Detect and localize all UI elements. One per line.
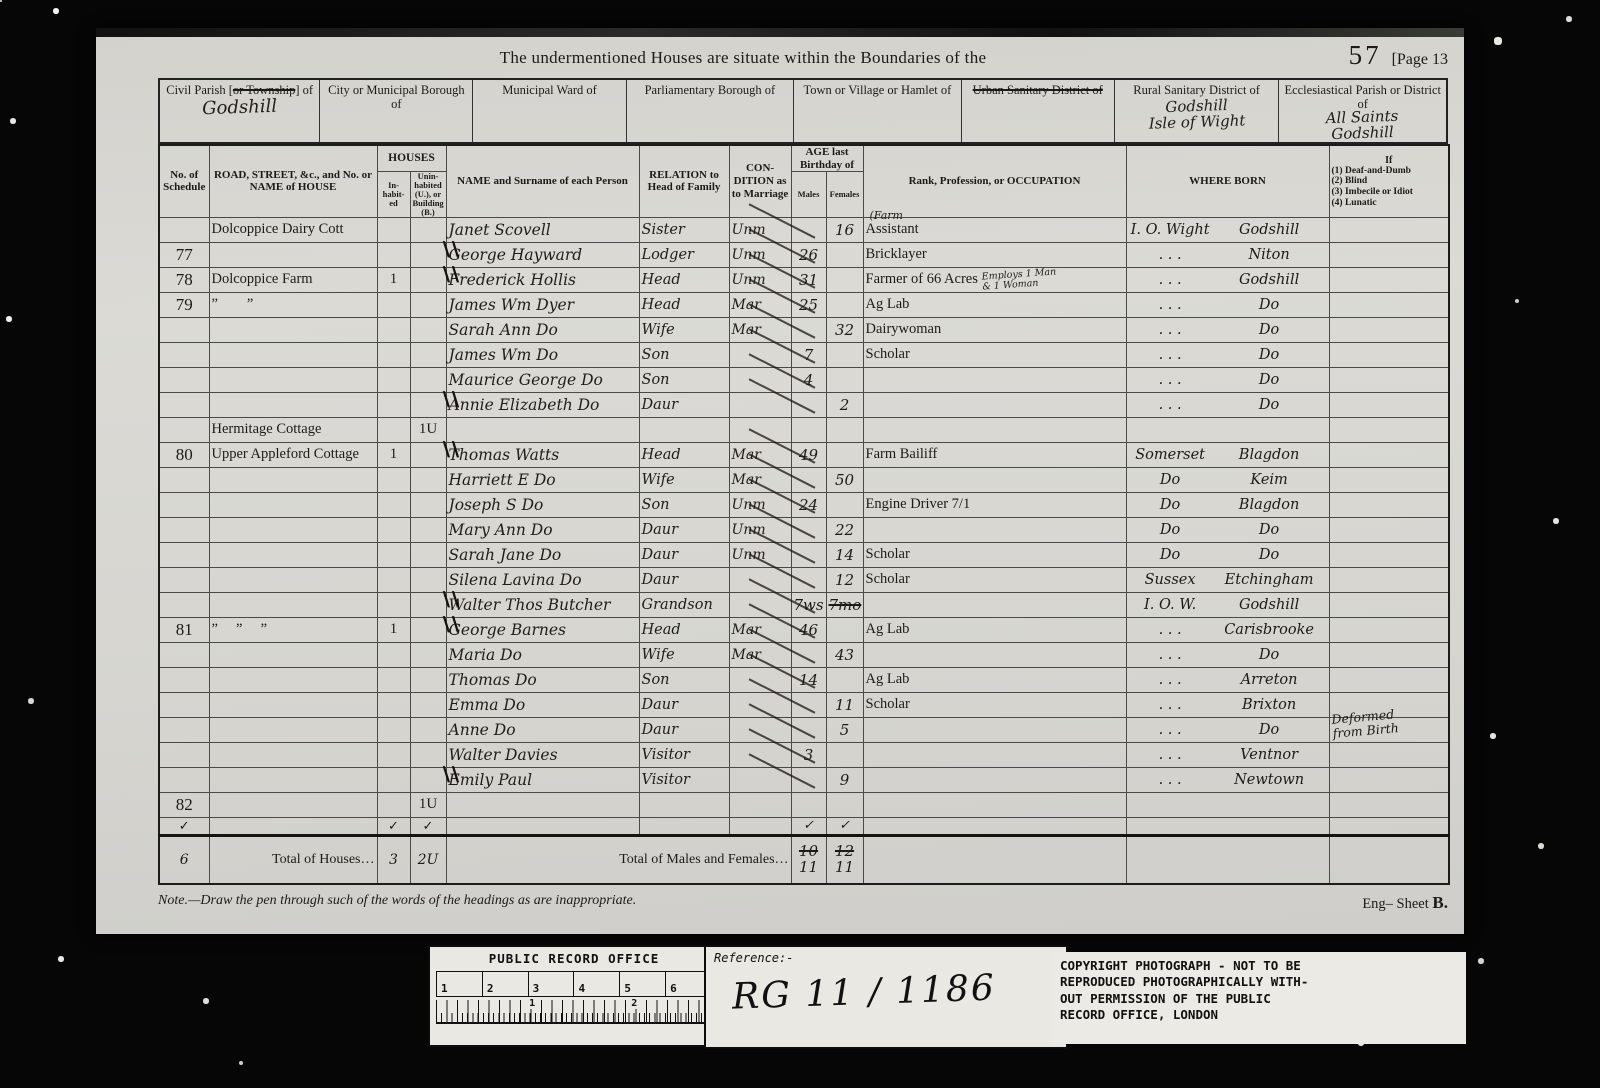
cell-age-male: [791, 517, 826, 542]
cell-relation: Wife: [639, 642, 729, 667]
cell-person-name: ∖∖George Barnes: [446, 617, 639, 642]
cell-houses-inhabited: [377, 342, 410, 367]
cell-occupation: [863, 767, 1126, 792]
cell-houses-inhabited: [377, 717, 410, 742]
cell-schedule-no: [159, 767, 209, 792]
ward-cell: Municipal Ward of: [473, 80, 626, 142]
cell-person-name: Maria Do: [446, 642, 639, 667]
cell-where-born: SussexEtchingham: [1126, 567, 1329, 592]
where-born-values: . . .Newtown: [1129, 772, 1327, 788]
cell-occupation: [863, 367, 1126, 392]
table-row: Dolcoppice Dairy CottJanet ScovellSister…: [159, 217, 1449, 242]
total-males: 1011: [791, 835, 826, 884]
cell-schedule-no: 79: [159, 292, 209, 317]
cell-houses-inhabited: [377, 642, 410, 667]
cell-where-born: . . .Do: [1126, 717, 1329, 742]
cell-infirmity: [1329, 817, 1449, 835]
cell-condition: [729, 592, 791, 617]
household-mark: ∖∖: [440, 439, 458, 461]
cell-person-name: ∖∖Thomas Watts: [446, 442, 639, 467]
cell-condition: [729, 692, 791, 717]
cell-schedule-no: [159, 392, 209, 417]
cell-person-name: Sarah Ann Do: [446, 317, 639, 342]
cell-relation: Visitor: [639, 742, 729, 767]
cell-infirmity: [1329, 567, 1449, 592]
household-mark: ∖∖: [440, 764, 458, 786]
cell-schedule-no: [159, 217, 209, 242]
cell-road-name: Upper Appleford Cottage: [209, 442, 377, 467]
where-born-values: . . .Do: [1129, 647, 1327, 663]
cell-schedule-no: [159, 567, 209, 592]
col-schedule: No. ofSchedule: [159, 145, 209, 217]
cell-infirmity: [1329, 542, 1449, 567]
cell-person-name: ∖∖Walter Thos Butcher: [446, 592, 639, 617]
cell-houses-inhabited: [377, 792, 410, 817]
cell-occupation: Engine Driver 7/1: [863, 492, 1126, 517]
cell-relation: Wife: [639, 467, 729, 492]
cell-condition: Mar: [729, 292, 791, 317]
borough-label: City or Municipal Borough of: [328, 83, 464, 111]
cell-age-female: 14: [826, 542, 863, 567]
cell-road-name: ” ” ”: [209, 617, 377, 642]
cell-condition: Mar: [729, 617, 791, 642]
cell-road-name: Dolcoppice Farm: [209, 267, 377, 292]
col-occupation: Rank, Profession, or OCCUPATION: [863, 145, 1126, 217]
cell-occupation: [863, 817, 1126, 835]
page-number-label: [Page 13: [1392, 51, 1448, 68]
cell-infirmity: [1329, 492, 1449, 517]
sheet-label: Eng– Sheet B.: [1362, 893, 1448, 913]
cell-relation: Daur: [639, 542, 729, 567]
cell-person-name: Harriett E Do: [446, 467, 639, 492]
cell-where-born: . . .Ventnor: [1126, 742, 1329, 767]
cell-age-female: 50: [826, 467, 863, 492]
cell-age-female: [826, 492, 863, 517]
cell-occupation: [863, 642, 1126, 667]
cell-person-name: Janet Scovell: [446, 217, 639, 242]
cell-age-male: [791, 642, 826, 667]
cell-age-female: [826, 267, 863, 292]
cell-occupation: [863, 742, 1126, 767]
cell-relation: Visitor: [639, 767, 729, 792]
age-female-value: 11: [835, 696, 854, 714]
cell-houses-inhabited: [377, 317, 410, 342]
cell-person-name: ∖∖Annie Elizabeth Do: [446, 392, 639, 417]
where-born-values: . . .Do: [1129, 322, 1327, 338]
cell-occupation: Scholar: [863, 692, 1126, 717]
col-road: ROAD, STREET, &c., and No. or NAME of HO…: [209, 145, 377, 217]
col-inhabited: In-habit-ed: [377, 172, 410, 218]
where-born-values: DoKeim: [1129, 472, 1327, 488]
totals-row: 6 Total of Houses… 3 2U Total of Males a…: [159, 835, 1449, 884]
cell-houses-uninhabited: [410, 542, 446, 567]
cell-occupation: [863, 792, 1126, 817]
cell-infirmity: [1329, 367, 1449, 392]
age-male-value: ✓: [803, 818, 814, 833]
cell-person-name: Maurice George Do: [446, 367, 639, 392]
cell-where-born: . . .Godshill: [1126, 267, 1329, 292]
table-row: Maria DoWifeMar43. . .Do: [159, 642, 1449, 667]
cell-houses-inhabited: [377, 567, 410, 592]
cell-condition: [729, 367, 791, 392]
cell-age-male: 14: [791, 667, 826, 692]
cell-road-name: [209, 542, 377, 567]
folio-number: 57: [1349, 40, 1382, 70]
col-males: Males: [791, 172, 826, 218]
age-female-value: 43: [835, 646, 854, 664]
cell-age-female: [826, 742, 863, 767]
reference-label: Reference:-: [714, 951, 1058, 965]
cell-houses-uninhabited: [410, 342, 446, 367]
where-born-values: . . .Godshill: [1129, 272, 1327, 288]
cell-houses-inhabited: [377, 242, 410, 267]
rural-sanitary-label: Rural Sanitary District of: [1133, 83, 1260, 97]
age-female-value: 7mo: [829, 596, 862, 614]
cell-houses-inhabited: ✓: [377, 817, 410, 835]
civil-parish-cell: Civil Parish [or Township] of Godshill: [160, 80, 320, 142]
cell-age-female: 43: [826, 642, 863, 667]
cell-condition: [729, 342, 791, 367]
cell-infirmity: [1329, 217, 1449, 242]
cell-relation: [639, 817, 729, 835]
cell-schedule-no: [159, 742, 209, 767]
cell-infirmity: [1329, 392, 1449, 417]
cell-road-name: [209, 767, 377, 792]
cell-schedule-no: 78: [159, 267, 209, 292]
cell-age-male: 31: [791, 267, 826, 292]
col-uninhabited: Unin-habited (U.), or Building (B.): [410, 172, 446, 218]
cell-where-born: [1126, 792, 1329, 817]
table-row: 77∖∖George HaywardLodgerUnm26Bricklayer.…: [159, 242, 1449, 267]
cell-where-born: . . .Niton: [1126, 242, 1329, 267]
household-mark: ∖∖: [440, 264, 458, 286]
cell-age-male: 7ws: [791, 592, 826, 617]
table-row: Maurice George DoSon4. . .Do: [159, 367, 1449, 392]
col-condition: CON-DITION as to Marriage: [729, 145, 791, 217]
cell-houses-inhabited: 1: [377, 267, 410, 292]
dust-specks: [0, 0, 2, 2]
cell-age-female: [826, 367, 863, 392]
cell-where-born: . . .Arreton: [1126, 667, 1329, 692]
household-mark: ∖∖: [440, 239, 458, 261]
cell-houses-inhabited: [377, 742, 410, 767]
cell-occupation: [863, 392, 1126, 417]
cell-occupation: [863, 592, 1126, 617]
cell-schedule-no: [159, 542, 209, 567]
cell-relation: Sister: [639, 217, 729, 242]
cell-condition: Unm: [729, 492, 791, 517]
cell-condition: [729, 667, 791, 692]
cell-occupation: Bricklayer: [863, 242, 1126, 267]
reference-value: RG 11 / 1186: [731, 965, 1058, 1017]
table-row: Mary Ann DoDaurUnm22DoDo: [159, 517, 1449, 542]
cell-houses-uninhabited: [410, 667, 446, 692]
cell-age-female: [826, 242, 863, 267]
cell-relation: Head: [639, 292, 729, 317]
table-row: Joseph S DoSonUnm24Engine Driver 7/1DoBl…: [159, 492, 1449, 517]
cell-person-name: Joseph S Do: [446, 492, 639, 517]
cell-age-female: [826, 342, 863, 367]
table-row: Sarah Jane DoDaurUnm14ScholarDoDo: [159, 542, 1449, 567]
cell-houses-uninhabited: [410, 717, 446, 742]
cell-road-name: [209, 567, 377, 592]
table-row: James Wm DoSon7Scholar. . .Do: [159, 342, 1449, 367]
urban-sanitary-label: Urban Sanitary District of: [973, 83, 1103, 97]
cell-age-male: 25: [791, 292, 826, 317]
cell-houses-inhabited: 1: [377, 617, 410, 642]
cell-schedule-no: [159, 717, 209, 742]
cell-relation: Son: [639, 667, 729, 692]
cell-houses-uninhabited: 1U: [410, 792, 446, 817]
table-row: Thomas DoSon14Ag Lab. . .Arreton: [159, 667, 1449, 692]
cell-where-born: . . .Do: [1126, 292, 1329, 317]
table-row: Walter DaviesVisitor3. . .Ventnor: [159, 742, 1449, 767]
cell-where-born: [1126, 417, 1329, 442]
town-village-cell: Town or Village or Hamlet of: [794, 80, 962, 142]
where-born-values: . . .Do: [1129, 397, 1327, 413]
reference-stamp: Reference:- RG 11 / 1186: [704, 945, 1068, 1049]
cell-condition: [729, 767, 791, 792]
cell-person-name: ∖∖Frederick Hollis: [446, 267, 639, 292]
footer-line: Note.—Draw the pen through such of the w…: [158, 893, 1448, 913]
cell-person-name: Sarah Jane Do: [446, 542, 639, 567]
where-born-values: . . .Do: [1129, 297, 1327, 313]
total-houses-label: Total of Houses…: [209, 835, 377, 884]
cell-relation: Daur: [639, 392, 729, 417]
cell-condition: [729, 717, 791, 742]
cell-person-name: ∖∖George Hayward: [446, 242, 639, 267]
cell-condition: Unm: [729, 542, 791, 567]
census-sheet: The undermentioned Houses are situate wi…: [96, 28, 1464, 934]
cell-schedule-no: [159, 317, 209, 342]
cell-houses-inhabited: [377, 517, 410, 542]
where-born-values: I. O. WightGodshill: [1129, 222, 1327, 238]
cell-person-name: [446, 792, 639, 817]
cell-road-name: [209, 517, 377, 542]
cell-age-male: 7: [791, 342, 826, 367]
cell-age-male: [791, 392, 826, 417]
cell-person-name: [446, 817, 639, 835]
cell-road-name: [209, 792, 377, 817]
table-row: 80Upper Appleford Cottage1∖∖Thomas Watts…: [159, 442, 1449, 467]
cell-where-born: . . .Brixton: [1126, 692, 1329, 717]
cell-infirmity: [1329, 342, 1449, 367]
infirmity-note: Deformed from Birth: [1330, 707, 1398, 740]
cell-infirmity: [1329, 267, 1449, 292]
cell-houses-uninhabited: [410, 467, 446, 492]
cell-infirmity: [1329, 292, 1449, 317]
cell-schedule-no: 80: [159, 442, 209, 467]
cell-houses-inhabited: [377, 392, 410, 417]
cell-age-female: 7mo: [826, 592, 863, 617]
age-male-value: 24: [799, 496, 818, 514]
age-female-value: 5: [840, 721, 850, 739]
cell-schedule-no: 82: [159, 792, 209, 817]
where-born-values: I. O. W.Godshill: [1129, 597, 1327, 613]
cell-condition: Unm: [729, 242, 791, 267]
cell-relation: Grandson: [639, 592, 729, 617]
cell-road-name: ” ”: [209, 292, 377, 317]
cell-infirmity: [1329, 792, 1449, 817]
town-village-label: Town or Village or Hamlet of: [804, 83, 952, 97]
col-where-born: WHERE BORN: [1126, 145, 1329, 217]
cell-infirmity: [1329, 767, 1449, 792]
cell-where-born: I. O. W.Godshill: [1126, 592, 1329, 617]
cell-occupation: [863, 517, 1126, 542]
district-header: Civil Parish [or Township] of Godshill C…: [158, 78, 1448, 144]
cell-houses-inhabited: [377, 692, 410, 717]
cell-person-name: ∖∖Emily Paul: [446, 767, 639, 792]
cell-age-female: [826, 442, 863, 467]
cell-where-born: . . .Do: [1126, 642, 1329, 667]
age-male-value: 14: [799, 671, 818, 689]
cell-where-born: . . .Do: [1126, 392, 1329, 417]
cell-schedule-no: [159, 692, 209, 717]
cell-age-male: 49: [791, 442, 826, 467]
household-mark: ∖∖: [440, 389, 458, 411]
cell-condition: [729, 817, 791, 835]
cell-occupation: Ag Lab: [863, 292, 1126, 317]
table-row: Sarah Ann DoWifeMar32Dairywoman. . .Do: [159, 317, 1449, 342]
cell-relation: Son: [639, 342, 729, 367]
cell-condition: Mar: [729, 317, 791, 342]
cell-houses-inhabited: [377, 542, 410, 567]
cell-age-male: [791, 317, 826, 342]
age-female-value: 12: [835, 571, 854, 589]
cell-age-male: 26: [791, 242, 826, 267]
cell-age-female: 32: [826, 317, 863, 342]
cell-relation: Daur: [639, 692, 729, 717]
pro-ruler: 1 2: [436, 1000, 712, 1024]
table-row: Harriett E DoWifeMar50DoKeim: [159, 467, 1449, 492]
cell-houses-inhabited: [377, 292, 410, 317]
where-born-values: DoBlagdon: [1129, 497, 1327, 513]
cell-where-born: DoDo: [1126, 542, 1329, 567]
cell-infirmity: [1329, 742, 1449, 767]
cell-relation: Daur: [639, 567, 729, 592]
age-female-value: 22: [835, 521, 854, 539]
cell-age-female: [826, 417, 863, 442]
col-relation: RELATION to Head of Family: [639, 145, 729, 217]
age-female-value: 2: [840, 396, 850, 414]
borough-cell: City or Municipal Borough of: [320, 80, 473, 142]
cell-relation: Head: [639, 617, 729, 642]
cell-age-female: [826, 617, 863, 642]
cell-road-name: [209, 367, 377, 392]
occupation-side-note: Employs 1 Man & 1 Woman: [981, 268, 1057, 292]
cell-road-name: [209, 592, 377, 617]
copyright-line: OUT PERMISSION OF THE PUBLIC: [1060, 991, 1458, 1007]
cell-infirmity: [1329, 242, 1449, 267]
cell-occupation: [863, 417, 1126, 442]
cell-condition: Unm: [729, 217, 791, 242]
rural-sanitary-cell: Rural Sanitary District of Godshill Isle…: [1115, 80, 1280, 142]
cell-schedule-no: 81: [159, 617, 209, 642]
cell-houses-uninhabited: [410, 317, 446, 342]
cell-houses-uninhabited: [410, 517, 446, 542]
cell-houses-inhabited: [377, 767, 410, 792]
cell-houses-inhabited: [377, 417, 410, 442]
cell-where-born: I. O. WightGodshill: [1126, 217, 1329, 242]
cell-road-name: [209, 692, 377, 717]
pro-stamp-title: PUBLIC RECORD OFFICE: [436, 951, 712, 966]
cell-age-female: 11: [826, 692, 863, 717]
cell-condition: Mar: [729, 467, 791, 492]
cell-person-name: Anne Do: [446, 717, 639, 742]
cell-schedule-no: [159, 517, 209, 542]
cell-road-name: [209, 492, 377, 517]
tick-row: ✓✓✓✓✓: [159, 817, 1449, 835]
cell-where-born: DoBlagdon: [1126, 492, 1329, 517]
ecclesiastical-value: All Saints Godshill: [1283, 107, 1443, 144]
age-male-value: 4: [804, 371, 814, 389]
age-male-value: 46: [799, 621, 818, 639]
struck-or-township: or Township: [233, 83, 295, 97]
parl-borough-label: Parliamentary Borough of: [645, 83, 776, 97]
col-name: NAME and Surname of each Person: [446, 145, 639, 217]
where-born-values: DoDo: [1129, 547, 1327, 563]
cell-age-male: [791, 692, 826, 717]
cell-age-female: [826, 667, 863, 692]
cell-condition: Mar: [729, 642, 791, 667]
cell-infirmity: [1329, 417, 1449, 442]
cell-occupation: Dairywoman: [863, 317, 1126, 342]
cell-road-name: [209, 742, 377, 767]
footnote: Note.—Draw the pen through such of the w…: [158, 893, 636, 913]
cell-where-born: SomersetBlagdon: [1126, 442, 1329, 467]
page-number: 57 [Page 13: [1349, 40, 1448, 71]
cell-infirmity: [1329, 317, 1449, 342]
cell-where-born: DoKeim: [1126, 467, 1329, 492]
cell-condition: [729, 567, 791, 592]
cell-age-female: [826, 292, 863, 317]
occupation-note-above: (Farm: [870, 209, 903, 222]
cell-age-female: 22: [826, 517, 863, 542]
cell-age-female: 16: [826, 217, 863, 242]
census-table: No. ofSchedule ROAD, STREET, &c., and No…: [158, 144, 1450, 885]
cell-relation: Lodger: [639, 242, 729, 267]
cell-schedule-no: [159, 467, 209, 492]
copyright-line: REPRODUCED PHOTOGRAPHICALLY WITH-: [1060, 974, 1458, 990]
age-female-value: 16: [835, 221, 854, 239]
total-born-blank: [1126, 835, 1329, 884]
where-born-values: . . .Ventnor: [1129, 747, 1327, 763]
parl-borough-cell: Parliamentary Borough of: [627, 80, 795, 142]
cell-road-name: [209, 642, 377, 667]
cell-schedule-no: [159, 342, 209, 367]
where-born-values: . . .Brixton: [1129, 697, 1327, 713]
cell-where-born: . . .Newtown: [1126, 767, 1329, 792]
cell-infirmity: Deformed from Birth: [1329, 717, 1449, 742]
cell-person-name: James Wm Dyer: [446, 292, 639, 317]
cell-relation: [639, 417, 729, 442]
age-male-value: 25: [799, 296, 818, 314]
cell-infirmity: [1329, 467, 1449, 492]
total-inhabited: 3: [377, 835, 410, 884]
cell-road-name: [209, 667, 377, 692]
cell-relation: Daur: [639, 717, 729, 742]
rural-sanitary-value: Godshill Isle of Wight: [1118, 97, 1275, 134]
cell-houses-inhabited: [377, 492, 410, 517]
cell-where-born: [1126, 817, 1329, 835]
cell-occupation: Scholar: [863, 567, 1126, 592]
cell-relation: Wife: [639, 317, 729, 342]
cell-age-male: [791, 767, 826, 792]
age-female-value: 9: [840, 771, 850, 789]
age-female-value: ✓: [839, 818, 850, 833]
copyright-stamp: COPYRIGHT PHOTOGRAPH - NOT TO BE REPRODU…: [1052, 952, 1466, 1044]
table-row: 78Dolcoppice Farm1∖∖Frederick HollisHead…: [159, 267, 1449, 292]
